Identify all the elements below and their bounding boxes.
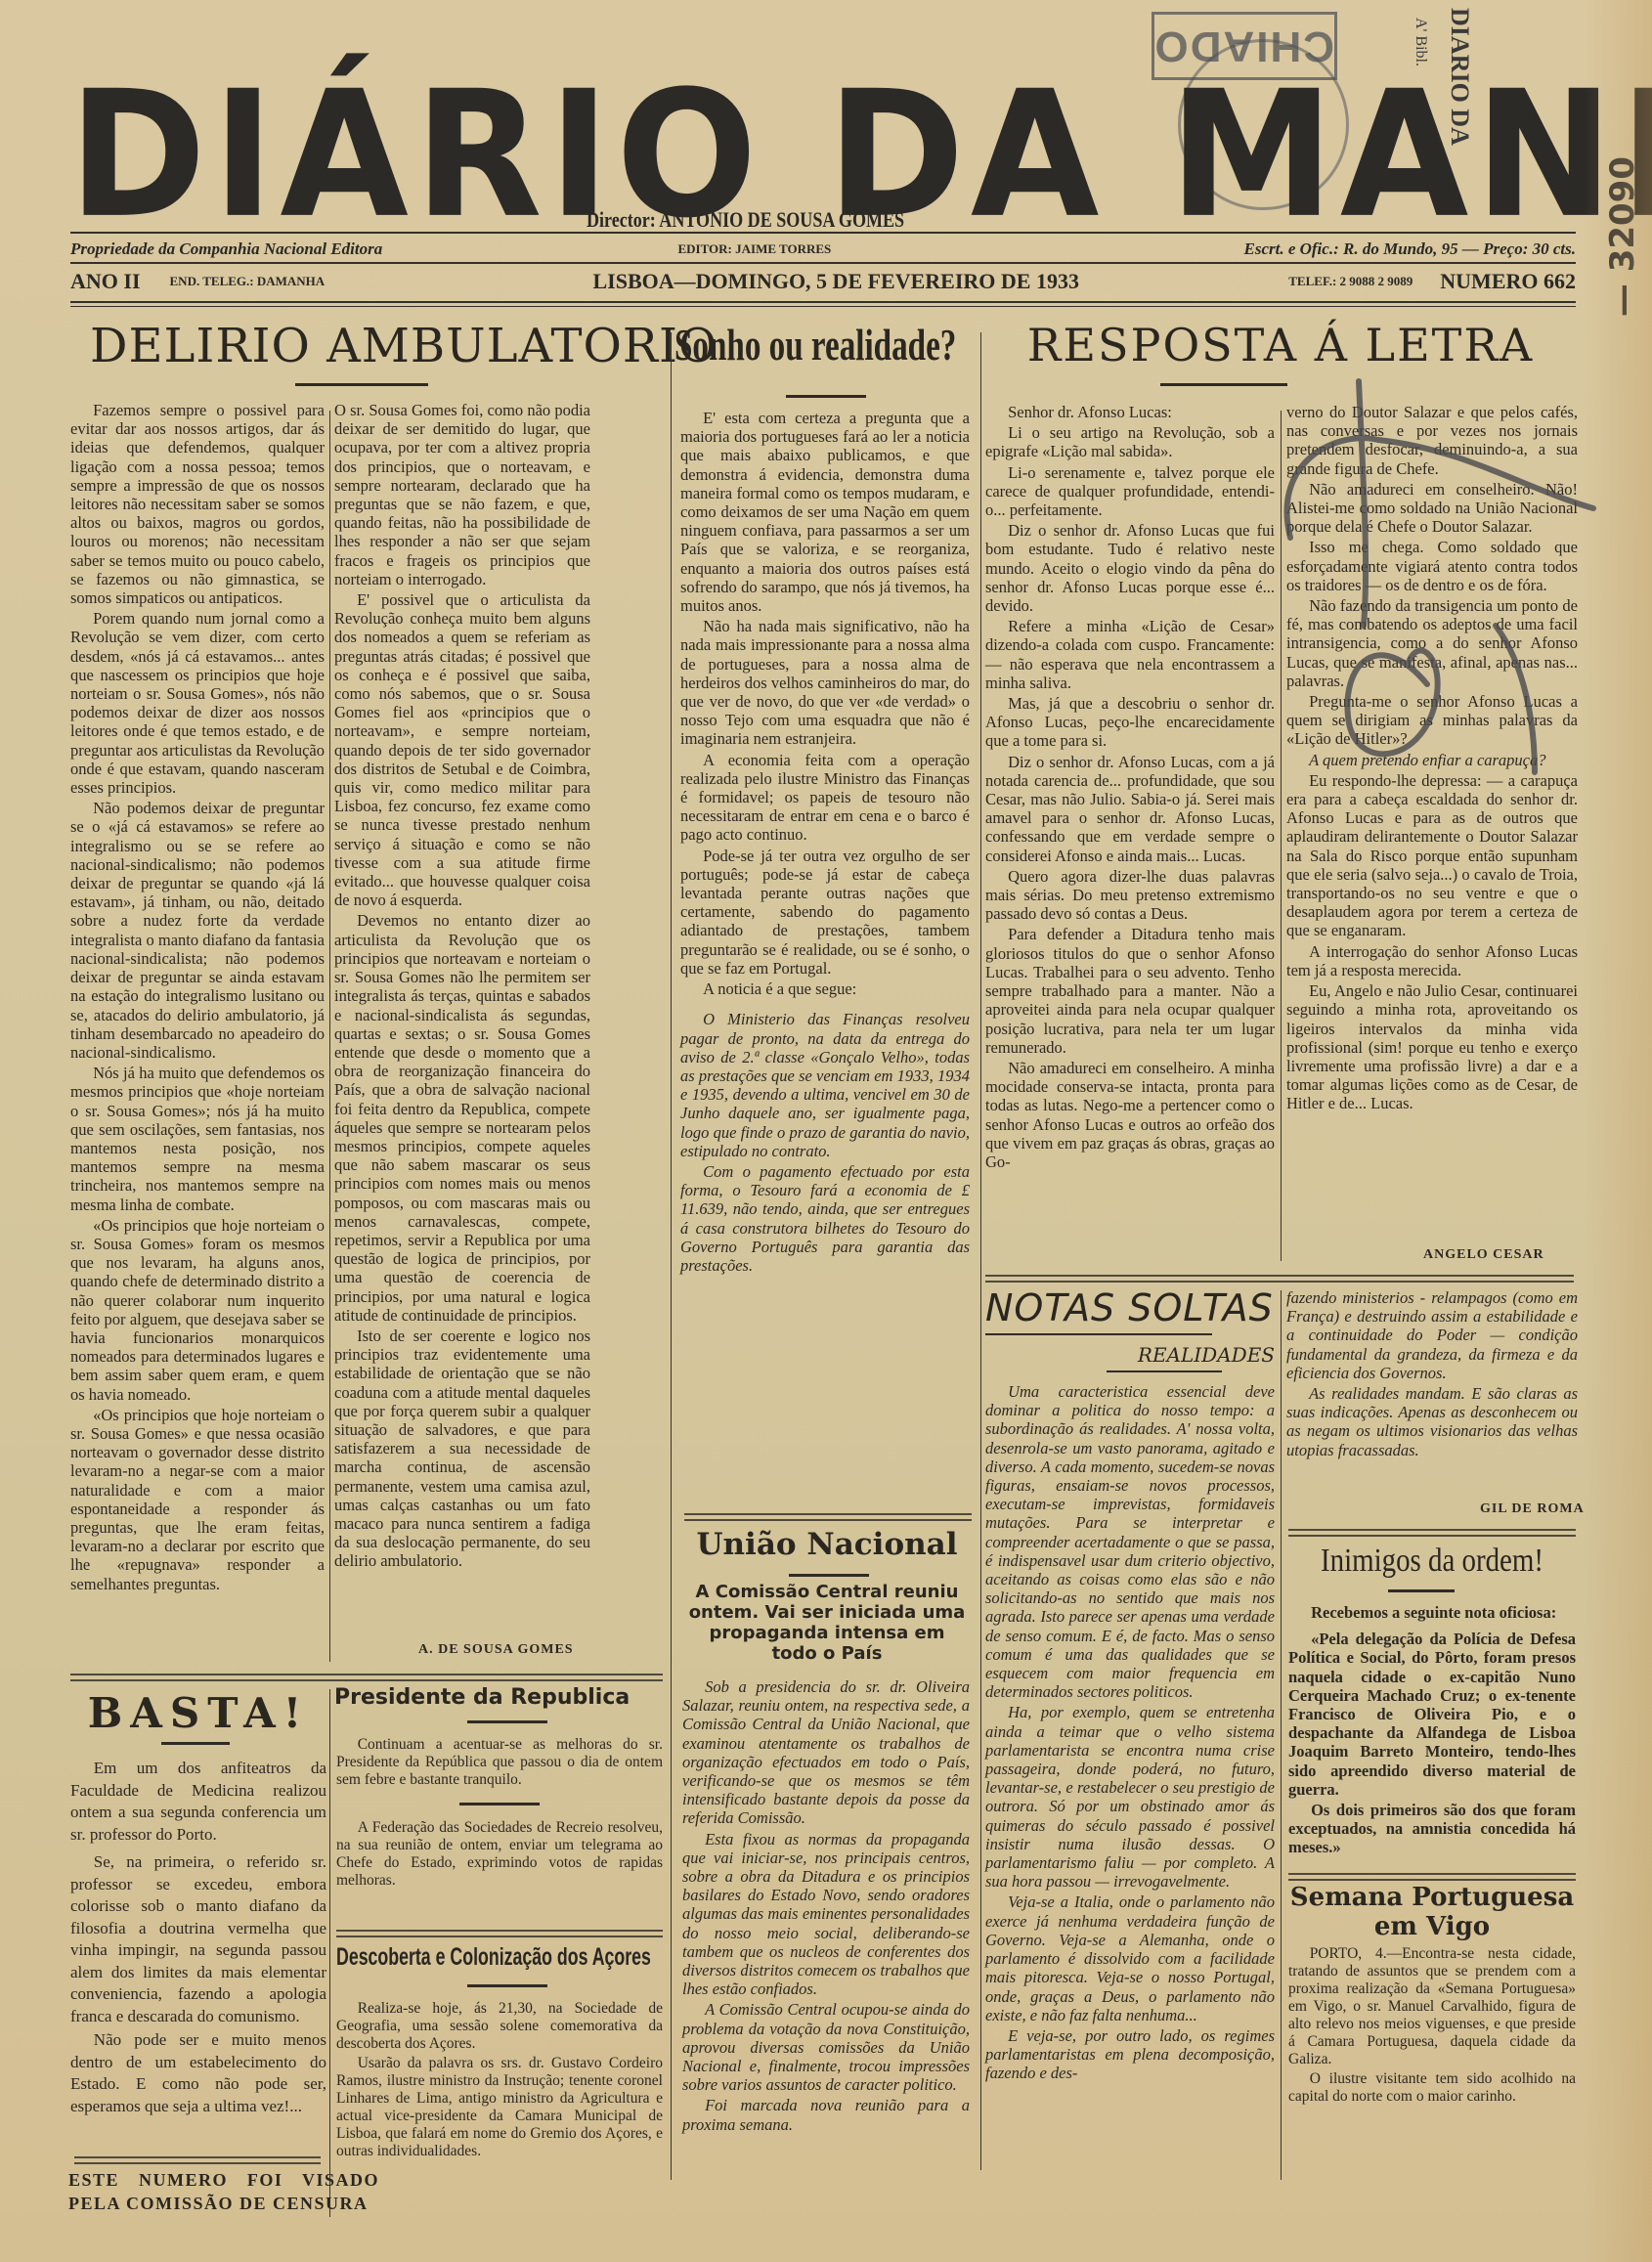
headline-resposta: RESPOSTA Á LETRA — [987, 319, 1574, 371]
section-separator — [70, 1674, 663, 1681]
paragraph: Sob a presidencia do sr. dr. Oliveira Sa… — [682, 1677, 970, 1828]
paragraph: E' possivel que o articulista da Revoluç… — [334, 590, 590, 909]
censorship-notice: ESTE NUMERO FOI VISADO PELA COMISSÃO DE … — [68, 2168, 379, 2215]
paragraph: Diz o senhor dr. Afonso Lucas, com a já … — [985, 753, 1275, 865]
paragraph: Devemos no entanto dizer ao articulista … — [334, 911, 590, 1324]
paragraph: «Pela delegação da Polícia de Defesa Pol… — [1288, 1630, 1576, 1799]
article-vigo: PORTO, 4.—Encontra-se nesta cidade, trat… — [1288, 1945, 1576, 2108]
headline-underbar — [161, 1742, 230, 1745]
dateline: LISBOA—DOMINGO, 5 DE FEVEREIRO DE 1933 — [592, 269, 1079, 294]
paragraph: Nós já ha muito que defendemos os mesmos… — [70, 1064, 325, 1214]
paragraph: Mas, já que a descobriu o senhor dr. Afo… — [985, 694, 1275, 751]
section-separator — [985, 1275, 1574, 1283]
column-divider — [329, 1689, 330, 2217]
paragraph: A interrogação do senhor Afonso Lucas te… — [1286, 942, 1578, 979]
paragraph: Refere a minha «Lição de Cesar» dizendo-… — [985, 617, 1275, 692]
subheadline-realidades: REALIDADES — [1105, 1343, 1275, 1367]
masthead-rule-2 — [70, 262, 1576, 264]
paragraph: A Federação das Sociedades de Recreio re… — [336, 1819, 663, 1890]
paragraph: Isso me chega. Como soldado que esforçad… — [1286, 538, 1578, 594]
paragraph: Para defender a Ditadura tenho mais glor… — [985, 925, 1275, 1056]
paragraph: A quem pretendo enfiar a carapuça? — [1286, 751, 1578, 769]
byline-angelo-cesar: ANGELO CESAR — [1423, 1247, 1544, 1263]
director-line: Director: ANTONIO DE SOUSA GOMES — [587, 207, 904, 233]
masthead-info-row: Propriedade da Companhia Nacional Editor… — [70, 238, 1576, 261]
headline-sonho: Sonho ou realidade? — [674, 319, 892, 370]
headline-underbar — [1107, 1370, 1222, 1372]
paragraph-divider — [459, 1803, 540, 1805]
paragraph: Usarão da palavra os srs. dr. Gustavo Co… — [336, 2055, 663, 2160]
paragraph: Em um dos anfiteatros da Faculdade de Me… — [70, 1758, 326, 1846]
paragraph: Foi marcada nova reunião para a proxima … — [682, 2096, 970, 2133]
paragraph: Se, na primeira, o referido sr. professo… — [70, 1851, 326, 2027]
headline-delirio: DELIRIO AMBULATORIO — [90, 319, 657, 373]
paragraph: O sr. Sousa Gomes foi, como não podia de… — [334, 401, 590, 588]
paragraph: A Comissão Central ocupou-se ainda do pr… — [682, 2000, 970, 2094]
article-sonho: E' esta com certeza a pregunta que a mai… — [680, 409, 970, 1277]
paragraph: Quero agora dizer-lhe duas palavras mais… — [985, 867, 1275, 924]
paragraph: Eu, Angelo e não Julio Cesar, continuare… — [1286, 981, 1578, 1112]
article-uniao: Sob a presidencia do sr. dr. Oliveira Sa… — [682, 1677, 970, 2136]
paragraph: O ilustre visitante tem sido acolhido na… — [1288, 2070, 1576, 2106]
headline-underbar — [295, 383, 428, 386]
headline-underbar — [789, 1574, 869, 1577]
paragraph: Com o pagamento efectuado por esta forma… — [680, 1162, 970, 1275]
column-divider — [1281, 1290, 1282, 2180]
paragraph: Li-o serenamente e, talvez porque ele ca… — [985, 463, 1275, 520]
paragraph: Fazemos sempre o possivel para evitar da… — [70, 401, 325, 607]
paragraph: Uma caracteristica essencial deve domina… — [985, 1382, 1275, 1701]
paragraph: Recebemos a seguinte nota oficiosa: — [1288, 1603, 1576, 1622]
headline-inimigos: Inimigos da ordem! — [1308, 1543, 1555, 1580]
article-inimigos: Recebemos a seguinte nota oficiosa: «Pel… — [1288, 1603, 1576, 1859]
archive-serial-number: — 32090 — [1603, 156, 1642, 317]
article-resposta-col2: verno do Doutor Salazar e que pelos café… — [1286, 403, 1578, 1115]
column-divider — [1281, 411, 1282, 1261]
paragraph: E veja-se, por outro lado, os regimes pa… — [985, 2026, 1275, 2083]
paragraph: Eu respondo-lhe depressa: — a carapuça e… — [1286, 771, 1578, 940]
section-separator — [684, 1513, 972, 1521]
article-delirio-col2: O sr. Sousa Gomes foi, como não podia de… — [334, 401, 590, 1573]
headline-basta: BASTA! — [70, 1689, 326, 1737]
headline-underbar — [1160, 383, 1287, 386]
paragraph: E' esta com certeza a pregunta que a mai… — [680, 409, 970, 615]
year-label: ANO II — [70, 269, 141, 294]
section-separator — [336, 1930, 663, 1937]
paragraph: Veja-se a Italia, onde o parlamento não … — [985, 1892, 1275, 2023]
article-acores: Realiza-se hoje, ás 21,30, na Sociedade … — [336, 2000, 663, 2162]
byline-sousa-gomes: A. DE SOUSA GOMES — [418, 1642, 574, 1658]
paragraph: Isto de ser coerente e logico nos princi… — [334, 1327, 590, 1571]
column-divider — [980, 332, 981, 2170]
paragraph: Não amadureci em conselheiro. Não! Alist… — [1286, 480, 1578, 537]
owner-text: Propriedade da Companhia Nacional Editor… — [70, 239, 382, 259]
paragraph: Os dois primeiros são dos que foram exce… — [1288, 1801, 1576, 1857]
paragraph: verno do Doutor Salazar e que pelos café… — [1286, 403, 1578, 478]
byline-gil-de-roma: GIL DE ROMA — [1480, 1501, 1585, 1517]
column-divider — [329, 411, 330, 1662]
paragraph: «Os principios que hoje norteiam o sr. S… — [70, 1216, 325, 1404]
newspaper-page: CHIADO DIARIO DA A' Bibl. — 32090 DIÁRIO… — [0, 0, 1652, 2262]
article-notas-col2: fazendo ministerios - relampagos (como e… — [1286, 1288, 1578, 1461]
paragraph: A economia feita com a operação realizad… — [680, 751, 970, 845]
section-separator — [1288, 1529, 1576, 1537]
masthead-rule-3 — [70, 301, 1576, 307]
section-separator — [74, 2156, 321, 2164]
telegraph-label: END. TELEG.: DAMANHA — [170, 274, 326, 289]
dateline-row: ANO II END. TELEG.: DAMANHA LISBOA—DOMIN… — [70, 266, 1576, 297]
paragraph: Não amadureci em conselheiro. A minha mo… — [985, 1059, 1275, 1171]
paragraph: Não podemos deixar de preguntar se o «já… — [70, 799, 325, 1062]
paragraph: Esta fixou as normas da propaganda que v… — [682, 1830, 970, 1999]
paragraph: O Ministerio das Finanças resolveu pagar… — [680, 1010, 970, 1160]
column-divider — [671, 332, 672, 2180]
headline-underbar — [786, 395, 866, 398]
paragraph: Não ha nada mais significativo, não ha n… — [680, 617, 970, 748]
article-basta: Em um dos anfiteatros da Faculdade de Me… — [70, 1758, 326, 2119]
paragraph: Porem quando num jornal como a Revolução… — [70, 609, 325, 797]
paragraph: PORTO, 4.—Encontra-se nesta cidade, trat… — [1288, 1945, 1576, 2068]
headline-underbar — [985, 1333, 1212, 1335]
headline-acores: Descoberta e Colonização dos Açores — [336, 1943, 663, 1972]
paragraph: Ha, por exemplo, quem se entretenha aind… — [985, 1703, 1275, 1891]
paragraph: fazendo ministerios - relampagos (como e… — [1286, 1288, 1578, 1382]
paragraph: Não fazendo da transigencia um ponto de … — [1286, 596, 1578, 690]
paragraph: Realiza-se hoje, ás 21,30, na Sociedade … — [336, 2000, 663, 2053]
article-notas-col1: Uma caracteristica essencial deve domina… — [985, 1382, 1275, 2085]
phone-label: TELEF.: 2 9088 2 9089 — [1288, 274, 1413, 289]
paragraph: Continuam a acentuar-se as melhoras do s… — [336, 1736, 663, 1789]
editor-text: EDITOR: JAIME TORRES — [677, 241, 831, 257]
paragraph: Não pode ser e muito menos dentro de um … — [70, 2029, 326, 2117]
paragraph: A noticia é a que segue: — [680, 979, 970, 998]
paragraph: Senhor dr. Afonso Lucas: — [985, 403, 1275, 421]
headline-underbar — [467, 1720, 547, 1723]
paragraph: Li o seu artigo na Revolução, sob a epig… — [985, 423, 1275, 460]
paragraph: Diz o senhor dr. Afonso Lucas que fui bo… — [985, 521, 1275, 615]
headline-underbar — [1388, 1589, 1455, 1592]
issue-number: NUMERO 662 — [1440, 269, 1576, 294]
article-presidente: Continuam a acentuar-se as melhoras do s… — [336, 1736, 663, 1892]
paragraph: As realidades mandam. E são claras as su… — [1286, 1384, 1578, 1459]
section-separator — [1288, 1873, 1576, 1881]
subheadline-uniao: A Comissão Central reuniu ontem. Vai ser… — [684, 1582, 970, 1664]
masthead-rule-1 — [70, 232, 1576, 234]
paragraph: Pode-se já ter outra vez orgulho de ser … — [680, 847, 970, 978]
paragraph: «Os principios que hoje norteiam o sr. S… — [70, 1406, 325, 1593]
article-delirio-col1: Fazemos sempre o possivel para evitar da… — [70, 401, 325, 1595]
address-price-text: Escrt. e Ofic.: R. do Mundo, 95 — Preço:… — [1243, 239, 1576, 259]
headline-vigo: Semana Portuguesa em Vigo — [1286, 1883, 1578, 1941]
headline-uniao: União Nacional — [680, 1527, 974, 1562]
headline-underbar — [467, 1984, 547, 1987]
headline-notas: NOTAS SOLTAS — [985, 1286, 1279, 1329]
headline-presidente: Presidente da Republica — [334, 1685, 667, 1710]
paragraph: Pregunta-me o senhor Afonso Lucas a quem… — [1286, 692, 1578, 749]
article-resposta-col1: Senhor dr. Afonso Lucas: Li o seu artigo… — [985, 403, 1275, 1173]
